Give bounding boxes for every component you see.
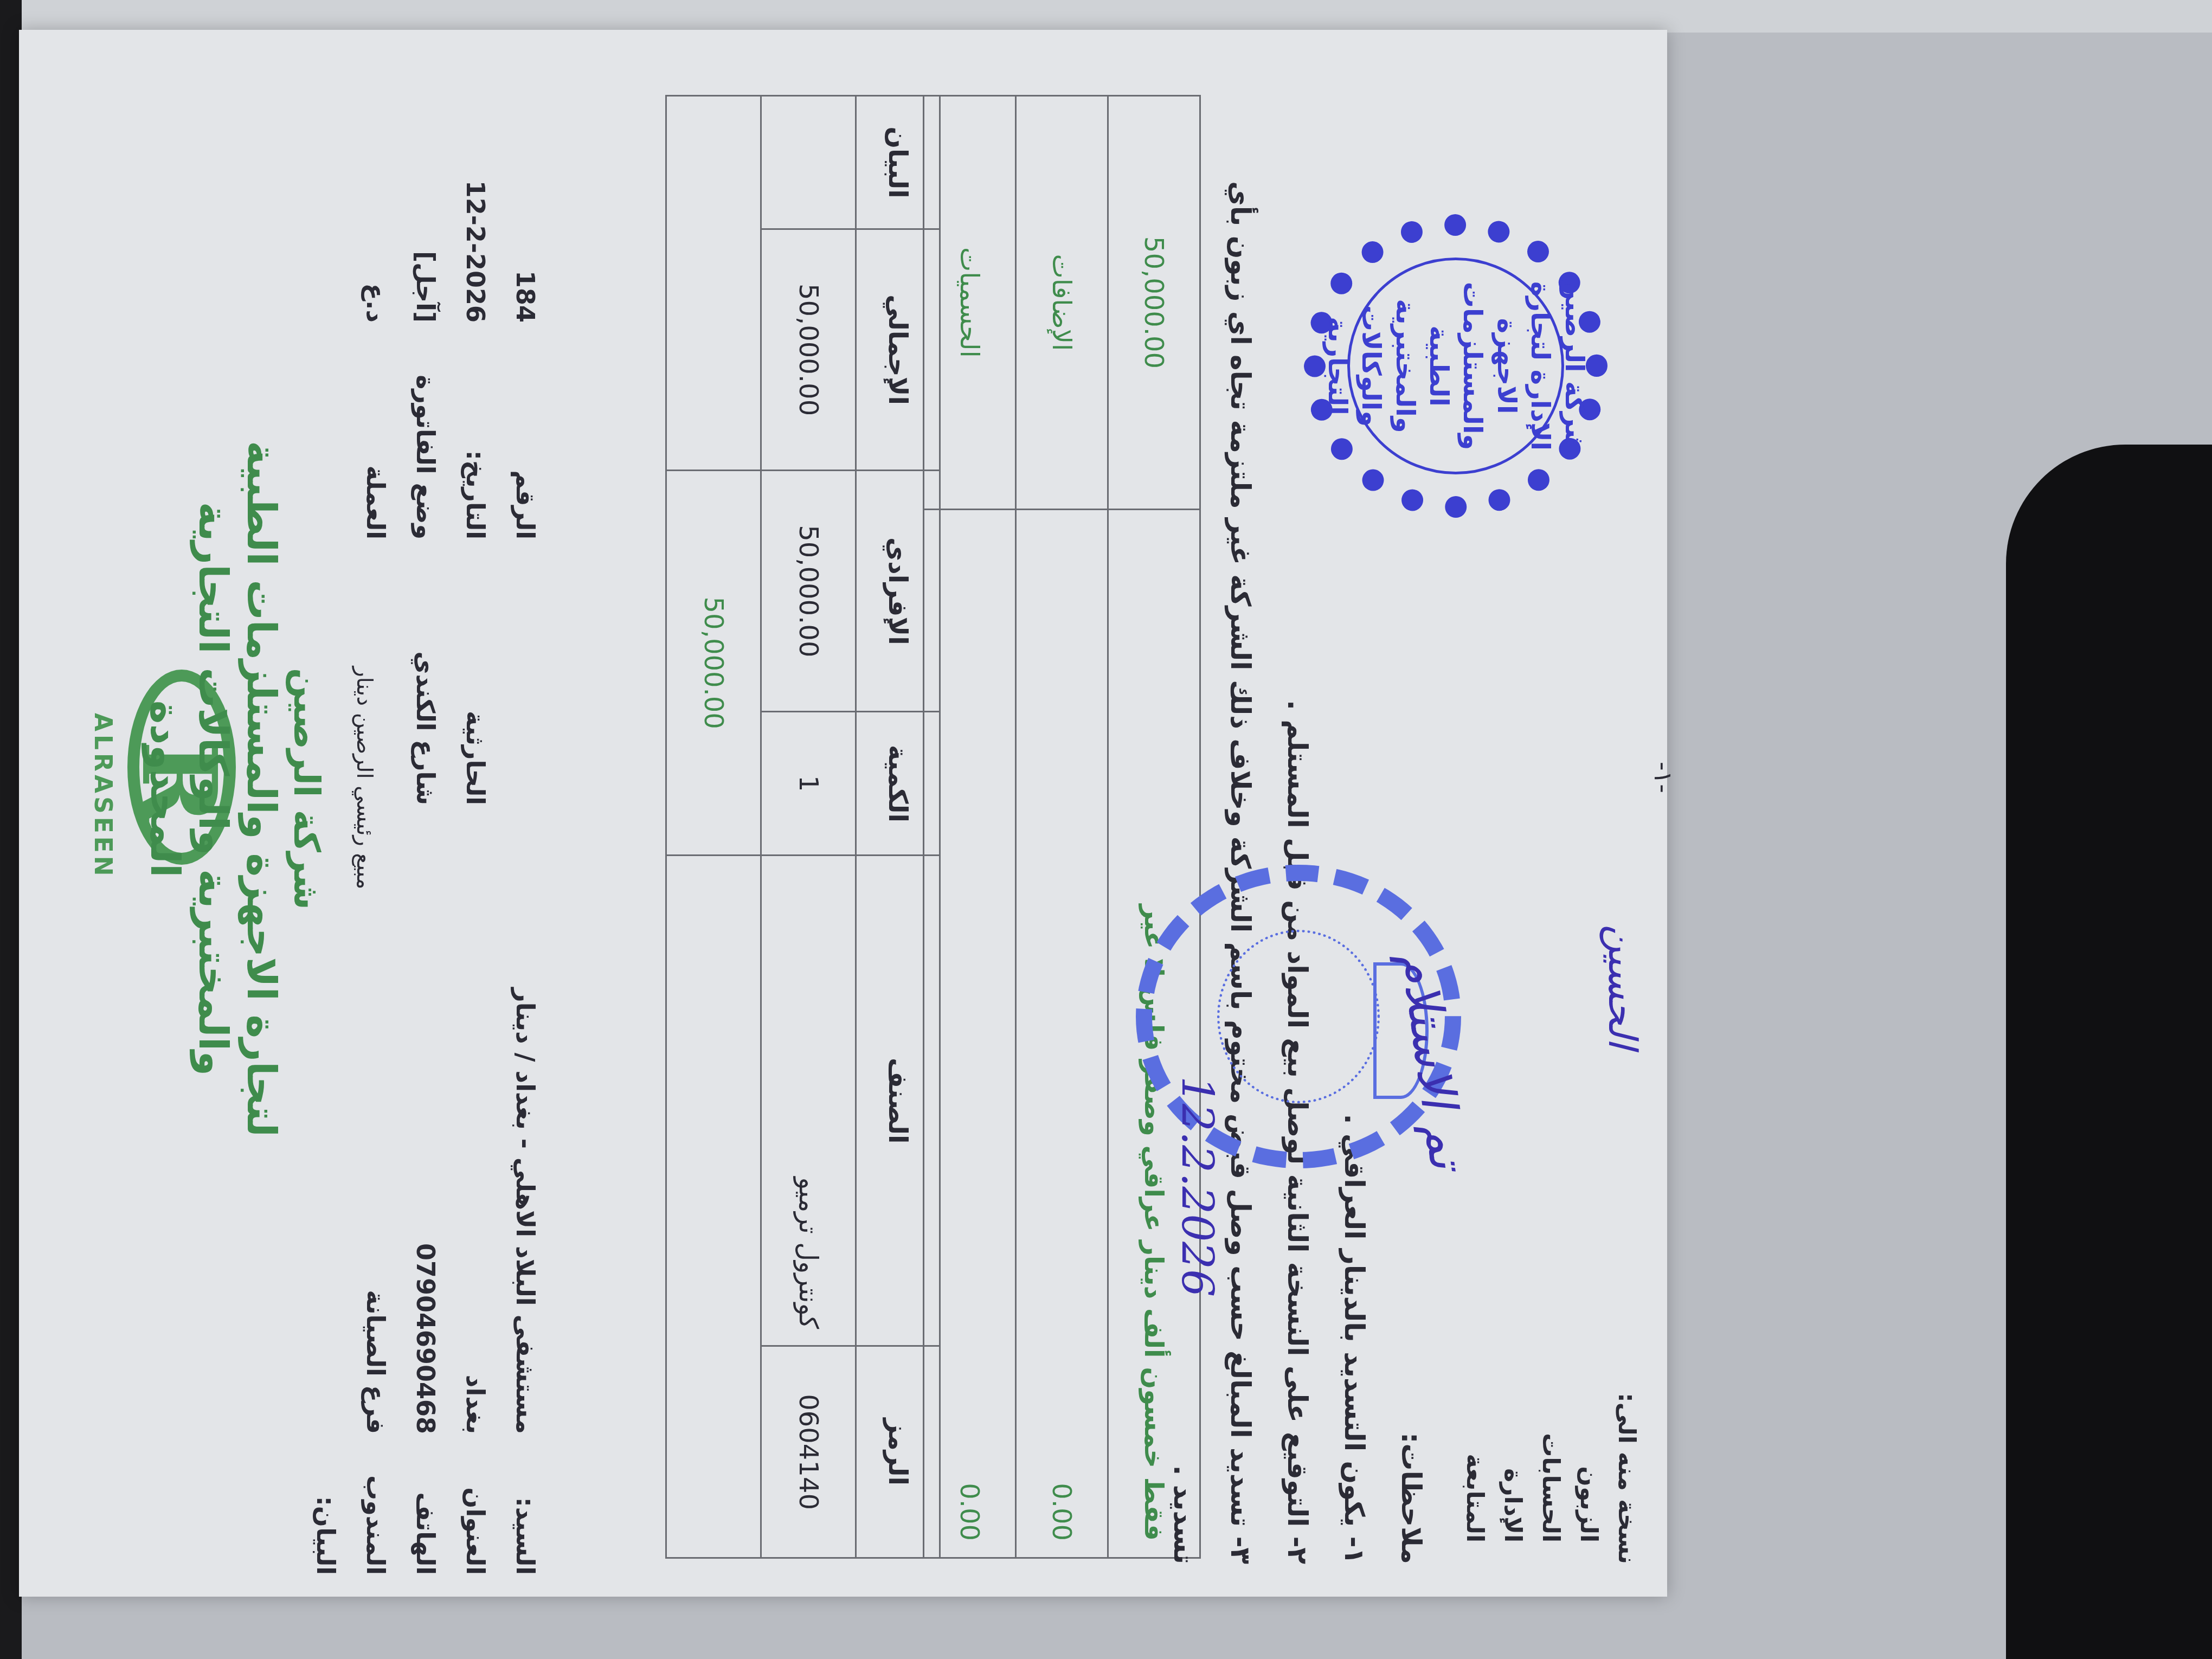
cell-total: 50,000.00 bbox=[761, 229, 856, 470]
table-row: 0604140 كونترول ترميو 1 50,000.00 50,000… bbox=[761, 96, 856, 1558]
invoice-meta-labels: الرقم التاريخ: وضع الفاتورة العملة bbox=[351, 355, 550, 539]
label-phone: الهاتف bbox=[401, 1434, 451, 1575]
label-representative: المندوب bbox=[351, 1434, 401, 1575]
stamp-inner-ring-icon bbox=[1217, 930, 1380, 1103]
label-currency: العملة bbox=[351, 355, 401, 539]
additions-label: الإضافات bbox=[1016, 96, 1108, 510]
value-phone: 07904690468 bbox=[401, 729, 451, 1434]
copies-list: نسخة منه الى: الزبون الحسابات الإدارة ال… bbox=[1456, 1347, 1645, 1564]
cell-unit-price: 50,000.00 bbox=[761, 471, 856, 712]
invoice-paper: -١- R ALRASEEN شركة الرصين لتجارة الاجهز… bbox=[19, 30, 1667, 1597]
cell-qty: 1 bbox=[761, 712, 856, 856]
copy-item: الزبون bbox=[1570, 1347, 1607, 1564]
customer-values: مستشفى البلاد الاهلي - بغداد / دينار بغد… bbox=[301, 729, 550, 1434]
copies-title: نسخة منه الى: bbox=[1607, 1347, 1645, 1564]
cell-item: كونترول ترميو bbox=[761, 856, 856, 1346]
handwritten-date: 12.2.2026 bbox=[1172, 1076, 1223, 1297]
invoice-date: 12-2-2026 bbox=[451, 106, 500, 323]
handwritten-signature: الحسين bbox=[1600, 924, 1645, 1049]
cell-statement bbox=[761, 96, 856, 229]
label-number: الرقم bbox=[500, 355, 550, 539]
value-customer: مستشفى البلاد الاهلي - بغداد / دينار bbox=[500, 729, 550, 1434]
discounts-value: 0.00 bbox=[924, 510, 1016, 1558]
customer-labels: السيد: العنوان الهاتف المندوب البيان: bbox=[301, 1434, 550, 1575]
note-item: ٣- تسديد المبالغ حسب وصل قبض مختوم باسم … bbox=[1155, 100, 1269, 1564]
cell-code: 0604140 bbox=[761, 1346, 856, 1558]
company-name-line3: والمختبرية والوكالات التجارية المحدودة bbox=[140, 409, 237, 1168]
company-stamp-icon: شركة الرصين الإدارة لتجارة الاجهزة والمس… bbox=[1304, 214, 1607, 518]
label-date: التاريخ: bbox=[451, 355, 500, 539]
copy-item: المتابعة bbox=[1456, 1347, 1494, 1564]
value-representative: فرع الصيانة bbox=[351, 729, 401, 1434]
copy-item: الحسابات bbox=[1532, 1347, 1570, 1564]
street-name: شارع الكندي bbox=[401, 599, 451, 805]
district-0 bbox=[500, 599, 550, 805]
invoice-currency: د.ع bbox=[351, 106, 401, 323]
invoice-status: [آجل] bbox=[401, 106, 451, 323]
company-name-line2: لتجارة الاجهزة والمستلزمات الطبية bbox=[237, 409, 285, 1168]
discounts-label: الحسميات bbox=[924, 96, 1016, 510]
background-surface bbox=[0, 0, 2212, 33]
invoice-number: 184 bbox=[500, 106, 550, 323]
value-statement bbox=[301, 729, 351, 1434]
items-table: الرمز الصنف الكمية الإفرادي الإجمالي الب… bbox=[665, 95, 941, 1559]
label-invoice-status: وضع الفاتورة bbox=[401, 355, 451, 539]
background-dark-edge bbox=[0, 0, 22, 1659]
subtotal-row: 50,000.00 bbox=[666, 96, 761, 1558]
background-dark-object bbox=[2006, 445, 2212, 1659]
value-address: بغداد bbox=[451, 729, 500, 1434]
company-stamp-text: شركة الرصين الإدارة لتجارة الاجهزة والمس… bbox=[1347, 258, 1564, 474]
district-name: الحارثية bbox=[451, 599, 500, 805]
copy-item: الإدارة bbox=[1494, 1347, 1532, 1564]
company-name: شركة الرصين لتجارة الاجهزة والمستلزمات ا… bbox=[140, 409, 328, 1168]
label-statement: البيان: bbox=[301, 1434, 351, 1575]
label-customer: السيد: bbox=[500, 1434, 550, 1575]
totals-row-discounts: 0.00 الحسميات bbox=[924, 96, 1016, 1558]
logo-name: ALRASEEN bbox=[89, 713, 117, 879]
totals-row-additions: 0.00 الإضافات bbox=[1016, 96, 1108, 1558]
page-number: -١- bbox=[1649, 762, 1678, 793]
additions-value: 0.00 bbox=[1016, 510, 1108, 1558]
customer-district: الحارثية شارع الكندي bbox=[401, 599, 550, 805]
subtotal-value: 50,000.00 bbox=[666, 471, 761, 856]
label-address: العنوان bbox=[451, 1434, 500, 1575]
invoice-meta-values: 184 12-2-2026 [آجل] د.ع bbox=[351, 106, 550, 323]
